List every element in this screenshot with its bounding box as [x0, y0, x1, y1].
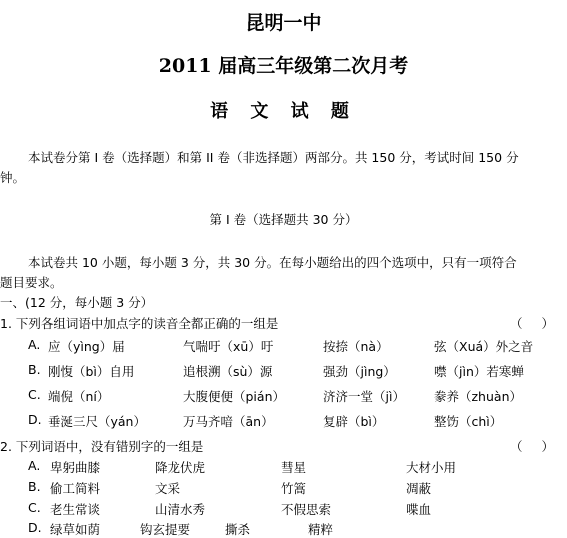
option-item: 彗星: [281, 458, 306, 476]
option-item: 精粹: [308, 520, 333, 538]
option-item: 豢养（zhuàn）: [434, 387, 522, 405]
option-label: A.: [28, 337, 40, 352]
option-item: 整饬（chì）: [434, 412, 502, 430]
option-item: 卑躬曲膝: [50, 458, 100, 476]
question-stem: 2. 下列词语中，没有错别字的一组是: [0, 437, 203, 455]
option-label: D.: [28, 412, 42, 427]
option-label: C.: [28, 500, 41, 515]
option-item: 大材小用: [406, 458, 456, 476]
section-heading: 一、(12 分，每小题 3 分）: [0, 293, 567, 313]
option-item: 喋血: [406, 500, 431, 518]
option-item: 不假思索: [281, 500, 331, 518]
option-item: 噤（jìn）若寒蝉: [434, 362, 524, 380]
option-item: 济济一堂（jì）: [323, 387, 405, 405]
option-item: 刚愎（bì）自用: [48, 362, 134, 380]
option-item: 气喘吁（xū）吁: [183, 337, 273, 355]
option-item: 追根溯（sù）源: [183, 362, 272, 380]
option-item: 降龙伏虎: [155, 458, 205, 476]
intro-line-1: 本试卷分第 I 卷（选择题）和第 II 卷（非选择题）两部分。共 150 分，考…: [28, 148, 567, 168]
option-label: D.: [28, 520, 42, 535]
bracket-close: ）: [541, 314, 554, 332]
option-label: B.: [28, 479, 41, 494]
option-item: 强劲（jìng）: [323, 362, 396, 380]
option-item: 端倪（ní）: [48, 387, 109, 405]
option-item: 凋蔽: [406, 479, 431, 497]
bracket-open: （: [510, 314, 523, 332]
option-label: A.: [28, 458, 40, 473]
option-item: 撕杀: [225, 520, 250, 538]
option-label: B.: [28, 362, 41, 377]
exam-title: 2011 届高三年级第二次月考: [0, 51, 567, 78]
option-item: 大腹便便（pián）: [183, 387, 285, 405]
option-item: 绿草如荫: [50, 520, 100, 538]
option-label: C.: [28, 387, 41, 402]
option-item: 应（yìng）届: [48, 337, 125, 355]
intro-line-2: 钟。: [0, 168, 567, 188]
option-item: 偷工简料: [50, 479, 100, 497]
school-title: 昆明一中: [0, 8, 567, 35]
part1-instruction-line-2: 题目要求。: [0, 273, 567, 293]
part1-heading: 第 I 卷（选择题共 30 分）: [0, 210, 567, 228]
question-stem: 1. 下列各组词语中加点字的读音全都正确的一组是: [0, 314, 278, 332]
option-item: 万马齐喑（ān）: [183, 412, 274, 430]
option-item: 竹篙: [281, 479, 306, 497]
bracket-close: ）: [541, 437, 554, 455]
bracket-open: （: [510, 437, 523, 455]
option-item: 垂涎三尺（yán）: [48, 412, 146, 430]
option-item: 复辟（bì）: [323, 412, 384, 430]
option-item: 弦（Xuá）外之音: [434, 337, 533, 355]
option-item: 老生常谈: [50, 500, 100, 518]
option-item: 按捺（nà）: [323, 337, 389, 355]
part1-instruction-line-1: 本试卷共 10 小题，每小题 3 分，共 30 分。在每小题给出的四个选项中，只…: [28, 253, 567, 273]
answer-bracket[interactable]: （ ）: [510, 437, 554, 455]
answer-bracket[interactable]: （ ）: [510, 314, 554, 332]
option-item: 山清水秀: [155, 500, 205, 518]
subject-title: 语 文 试 题: [0, 97, 567, 123]
option-item: 钩玄提要: [140, 520, 190, 538]
option-item: 文采: [155, 479, 180, 497]
